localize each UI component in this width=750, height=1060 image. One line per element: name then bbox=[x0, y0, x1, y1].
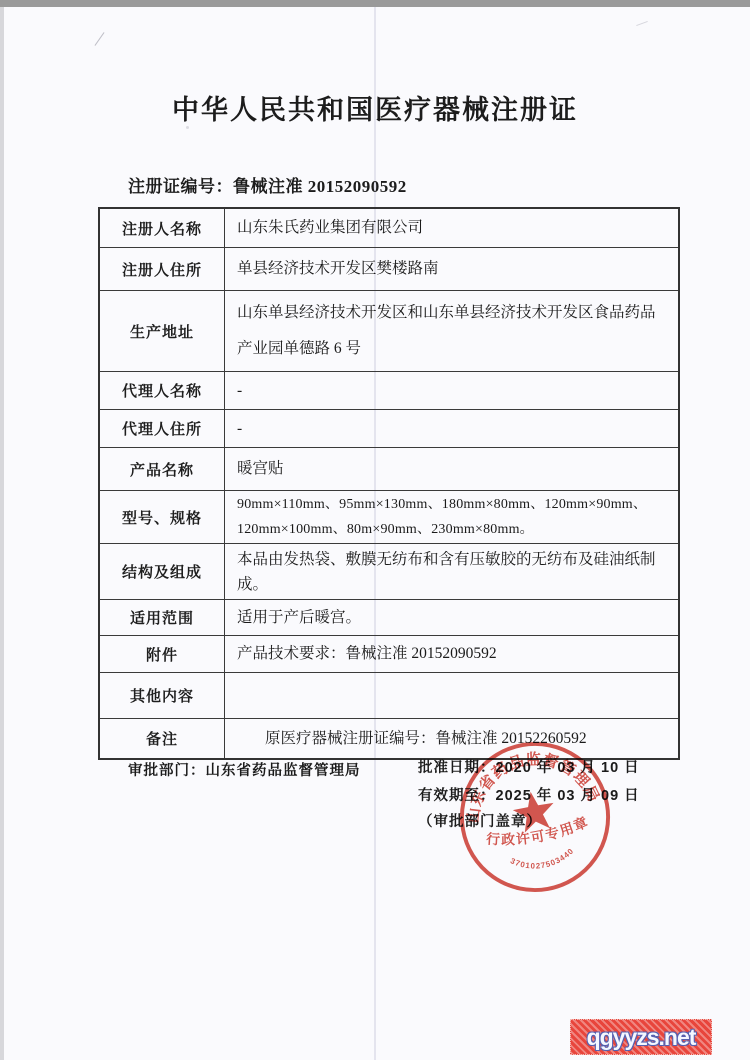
row-value: 适用于产后暖宫。 bbox=[225, 600, 678, 635]
valid-until-date: 有效期至：2025 年 03 月 09 日 bbox=[418, 784, 640, 805]
row-label: 产品名称 bbox=[100, 448, 225, 490]
certificate-page: 中华人民共和国医疗器械注册证 注册证编号：鲁械注准 20152090592 注册… bbox=[0, 7, 750, 1060]
table-row: 附件 产品技术要求：鲁械注准 20152090592 bbox=[100, 636, 678, 673]
row-label: 结构及组成 bbox=[100, 544, 225, 599]
row-value: 山东单县经济技术开发区和山东单县经济技术开发区食品药品产业园单德路 6 号 bbox=[225, 291, 678, 371]
row-label: 注册人名称 bbox=[100, 209, 225, 247]
row-label: 适用范围 bbox=[100, 600, 225, 635]
table-row: 适用范围 适用于产后暖宫。 bbox=[100, 600, 678, 636]
table-row: 代理人住所 - bbox=[100, 410, 678, 448]
watermark-text: qgyyzs.net bbox=[587, 1024, 696, 1051]
certificate-table: 注册人名称 山东朱氏药业集团有限公司 注册人住所 单县经济技术开发区樊楼路南 生… bbox=[98, 207, 680, 760]
site-watermark: qgyyzs.net bbox=[570, 1019, 712, 1055]
row-label: 代理人住所 bbox=[100, 410, 225, 447]
table-row: 备注 原医疗器械注册证编号：鲁械注准 20152260592 bbox=[100, 719, 678, 758]
row-label: 型号、规格 bbox=[100, 491, 225, 543]
registration-number: 注册证编号：鲁械注准 20152090592 bbox=[128, 172, 407, 197]
table-row: 注册人住所 单县经济技术开发区樊楼路南 bbox=[100, 248, 678, 291]
svg-text:3701027503440: 3701027503440 bbox=[508, 845, 578, 875]
table-row: 生产地址 山东单县经济技术开发区和山东单县经济技术开发区食品药品产业园单德路 6… bbox=[100, 291, 678, 372]
seal-note: （审批部门盖章） bbox=[418, 810, 542, 831]
table-row: 注册人名称 山东朱氏药业集团有限公司 bbox=[100, 209, 678, 248]
row-value: - bbox=[225, 372, 678, 409]
scan-artifact bbox=[95, 32, 105, 46]
row-value: 山东朱氏药业集团有限公司 bbox=[225, 209, 678, 247]
row-value: 原医疗器械注册证编号：鲁械注准 20152260592 bbox=[225, 719, 678, 758]
table-row: 产品名称 暖宫贴 bbox=[100, 448, 678, 491]
scan-edge-top bbox=[0, 0, 750, 7]
row-value: 产品技术要求：鲁械注准 20152090592 bbox=[225, 636, 678, 672]
row-label: 其他内容 bbox=[100, 673, 225, 718]
row-label: 备注 bbox=[100, 719, 225, 758]
seal-number: 3701027503440 bbox=[508, 845, 578, 875]
scan-edge-left bbox=[0, 7, 4, 1060]
approval-department: 审批部门：山东省药品监督管理局 bbox=[128, 759, 361, 780]
scan-artifact bbox=[636, 21, 648, 26]
row-value: 本品由发热袋、敷膜无纺布和含有压敏胶的无纺布及硅油纸制成。 bbox=[225, 544, 678, 599]
table-row: 型号、规格 90mm×110mm、95mm×130mm、180mm×80mm、1… bbox=[100, 491, 678, 544]
row-value: 单县经济技术开发区樊楼路南 bbox=[225, 248, 678, 290]
approval-date: 批准日期：2020 年 03 月 10 日 bbox=[418, 756, 640, 777]
row-label: 生产地址 bbox=[100, 291, 225, 371]
row-value: - bbox=[225, 410, 678, 447]
table-row: 结构及组成 本品由发热袋、敷膜无纺布和含有压敏胶的无纺布及硅油纸制成。 bbox=[100, 544, 678, 600]
certificate-title: 中华人民共和国医疗器械注册证 bbox=[0, 88, 750, 127]
row-label: 附件 bbox=[100, 636, 225, 672]
row-value: 暖宫贴 bbox=[225, 448, 678, 490]
table-row: 代理人名称 - bbox=[100, 372, 678, 410]
row-value bbox=[225, 673, 678, 718]
table-row: 其他内容 bbox=[100, 673, 678, 719]
row-label: 代理人名称 bbox=[100, 372, 225, 409]
row-value: 90mm×110mm、95mm×130mm、180mm×80mm、120mm×9… bbox=[225, 491, 678, 543]
row-label: 注册人住所 bbox=[100, 248, 225, 290]
